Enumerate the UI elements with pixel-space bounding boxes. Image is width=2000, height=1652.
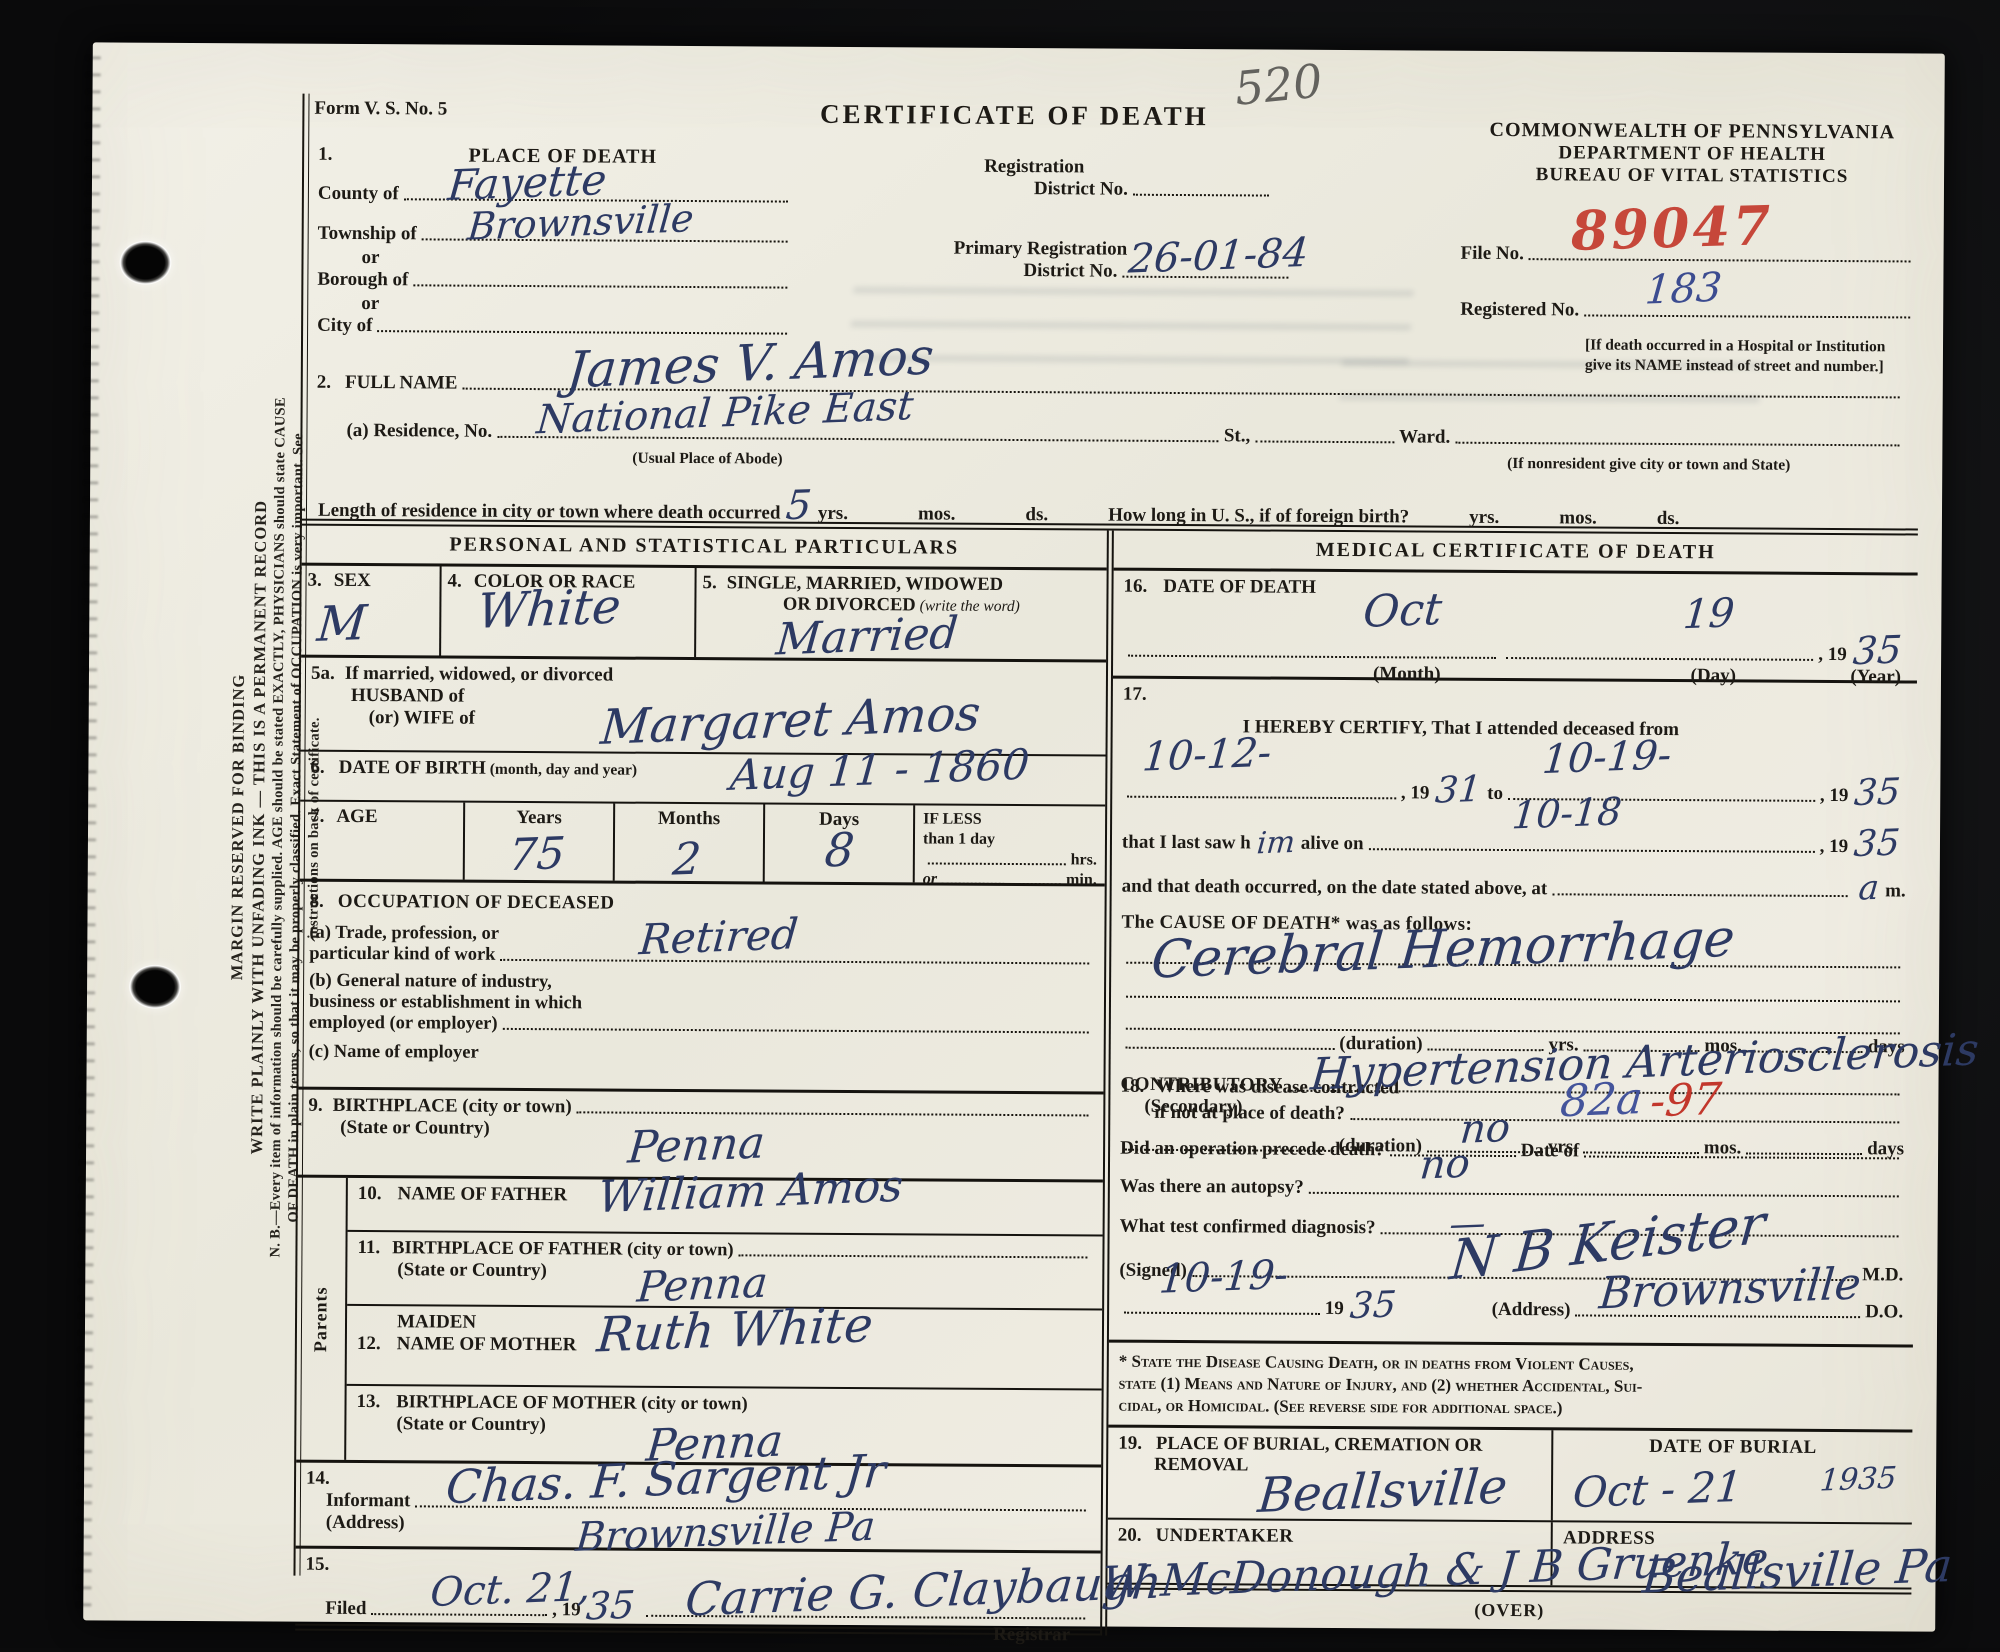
q18-number: 18.: [1120, 1076, 1144, 1098]
mbp-note: (State or Country): [396, 1413, 1091, 1439]
filed-year-prefix: , 19: [552, 1599, 581, 1621]
registered-no-value: 183: [1643, 265, 1723, 314]
filed-date-line: [371, 1613, 547, 1616]
occupation-b-label3: employed (or employer): [309, 1013, 498, 1035]
informant-label: Informant: [326, 1490, 411, 1513]
filed-label: Filed: [325, 1598, 366, 1620]
marital-number: 5.: [702, 572, 716, 593]
nonresident-note: (If nonresident give city or town and St…: [1507, 455, 1790, 475]
test-value: —: [1448, 1203, 1487, 1246]
undertaker-label: UNDERTAKER: [1155, 1525, 1293, 1547]
certificate-title: CERTIFICATE OF DEATH: [734, 98, 1294, 132]
hospital-note: [If death occurred in a Hospital or Inst…: [1585, 335, 1915, 377]
mbp-label: BIRTHPLACE OF MOTHER (city or town): [396, 1392, 747, 1414]
file-no-stamp: 89047: [1570, 193, 1775, 263]
informant-line: [415, 1505, 1086, 1511]
yrs-label: yrs.: [818, 503, 848, 525]
birthplace-line: [577, 1111, 1089, 1116]
fbp-label: BIRTHPLACE OF FATHER (city or town): [392, 1238, 734, 1261]
sex-value: M: [315, 595, 369, 653]
operation-line: [1390, 1154, 1516, 1157]
age-days-label: Days: [819, 809, 859, 830]
signed-address-label: (Address): [1492, 1299, 1571, 1321]
file-no-line: [1529, 258, 1911, 262]
signed-date-line: [1124, 1312, 1320, 1315]
or-label: or: [361, 247, 792, 272]
duration-lead-line: [1126, 1047, 1335, 1050]
duration-mos: mos.: [1704, 1035, 1742, 1057]
age-days-value: 8: [823, 822, 857, 877]
spouse-row: 5a. If married, widowed, or divorced HUS…: [301, 658, 1107, 757]
age-label: AGE: [336, 806, 377, 827]
item-number: 1.: [318, 144, 332, 167]
full-name-label: FULL NAME: [345, 372, 458, 395]
age-years-label: Years: [516, 807, 562, 828]
undertaker-cell: 20. UNDERTAKER W McDonough & J B Gruenke: [1107, 1520, 1553, 1586]
residence-row: (a) Residence, No. St., Ward. National P…: [346, 420, 1904, 452]
birthplace-note: (State or Country): [340, 1117, 1093, 1144]
parents-label-cell: Parents: [296, 1178, 346, 1460]
item-number: 2.: [317, 372, 331, 394]
county-line: [404, 198, 788, 202]
certificate-form: Form V. S. No. 5 CERTIFICATE OF DEATH 52…: [295, 56, 1920, 1626]
certify-section: 17. I HEREBY CERTIFY, That I attended de…: [1111, 679, 1917, 1076]
dob-note: (month, day and year): [490, 761, 637, 779]
occupation-number: 8.: [310, 891, 324, 912]
registration-label: Registration: [984, 156, 1274, 180]
cause-lines: Cerebral Hemorrhage: [1121, 934, 1906, 1035]
age-years-value: 75: [507, 828, 567, 881]
signed-19: 19: [1325, 1298, 1344, 1320]
length-of-residence-row: Length of residence in city or town wher…: [318, 480, 1906, 532]
do-label: D.O.: [1865, 1301, 1903, 1323]
burial-label1: PLACE OF BURIAL, CREMATION OR: [1156, 1434, 1482, 1456]
borough-label: Borough of: [317, 269, 408, 292]
mbp-number: 13.: [356, 1391, 380, 1412]
sex-color-marital-row: 3. SEX M 4. COLOR OR RACE White 5. SINGL…: [301, 566, 1107, 663]
undertaker-number: 20.: [1118, 1525, 1142, 1546]
date-of-birth-row: 6. DATE OF BIRTH (month, day and year) A…: [300, 752, 1105, 807]
birthplace-row: 9. BIRTHPLACE (city or town) (State or C…: [298, 1090, 1104, 1183]
date-of-label: Date of: [1521, 1140, 1580, 1162]
ward-label: Ward.: [1399, 426, 1450, 448]
burial-date-label: DATE OF BURIAL: [1564, 1436, 1903, 1460]
abode-note: (Usual Place of Abode): [632, 450, 782, 469]
primary-registration-section: Primary Registration District No. 26-01-…: [913, 237, 1293, 283]
how-long-label: How long in U. S., if of foreign birth?: [1108, 505, 1409, 529]
parents-rows: 10. NAME OF FATHER William Amos 11. BIRT…: [344, 1178, 1103, 1465]
residence-line: [497, 436, 1219, 442]
dod-year-prefix: , 19: [1818, 644, 1847, 666]
marital-label: SINGLE, MARRIED, WIDOWED: [727, 573, 1003, 595]
filed-number: 15.: [305, 1554, 1090, 1581]
city-label: City of: [317, 315, 373, 337]
burial-year-value: 1935: [1818, 1461, 1897, 1499]
age-months-value: 2: [671, 833, 703, 885]
spouse-label3: (or) WIFE of: [369, 707, 1096, 733]
agency-line: DEPARTMENT OF HEALTH: [1466, 142, 1918, 167]
township-label: Township of: [318, 223, 417, 246]
age-label-cell: 7. AGE: [300, 802, 465, 880]
or-label: or: [361, 293, 792, 318]
duration-line: [1584, 1049, 1700, 1052]
city-line: [377, 330, 787, 335]
punch-hole-bottom: [129, 965, 181, 1009]
hrs-label: hrs.: [1071, 850, 1097, 870]
age-number: 7.: [310, 806, 324, 827]
sex-cell: 3. SEX M: [301, 566, 442, 656]
yrs-label: yrs.: [1469, 507, 1499, 529]
m-label: m.: [1885, 880, 1906, 902]
left-column-heading: PERSONAL AND STATISTICAL PARTICULARS: [302, 526, 1107, 571]
registration-section: Registration District No.: [944, 156, 1274, 202]
primary-district-label: District No.: [1023, 260, 1117, 283]
test-label: What test confirmed diagnosis?: [1120, 1216, 1376, 1240]
dob-number: 6.: [310, 757, 324, 778]
fbp-line: [739, 1254, 1088, 1258]
mother-label2: NAME OF MOTHER: [397, 1333, 577, 1355]
fbp-number: 11.: [357, 1237, 380, 1259]
where-contracted-label1: Where was disease contracted: [1156, 1076, 1399, 1099]
death-occurred-line: [1552, 893, 1848, 897]
age-days-cell: Days 8: [765, 804, 915, 882]
punch-hole-top: [119, 241, 171, 285]
test-line: [1381, 1232, 1899, 1237]
mos-label: mos.: [918, 503, 956, 525]
footnote-line3: cidal, or Homicidal. (See reverse side f…: [1118, 1395, 1902, 1422]
age-ifless-cell: IF LESS than 1 day hrs. ormin.: [915, 805, 1105, 883]
occupation-a-label2: particular kind of work: [309, 944, 495, 966]
sex-number: 3.: [307, 570, 321, 591]
occupation-b-line: [503, 1028, 1089, 1034]
father-birthplace-row: 11. BIRTHPLACE OF FATHER (city or town) …: [347, 1230, 1102, 1309]
birthplace-number: 9.: [308, 1095, 322, 1117]
ds-label: ds.: [1657, 508, 1680, 530]
certify-from-year: 31: [1434, 769, 1483, 812]
cause-line2: [1126, 996, 1900, 1003]
registration-district-label: District No.: [1034, 178, 1128, 201]
death-occurred-value: a: [1857, 868, 1881, 909]
personal-particulars-column: PERSONAL AND STATISTICAL PARTICULARS 3. …: [295, 526, 1107, 1636]
marital-cell: 5. SINGLE, MARRIED, WIDOWED OR DIVORCED …: [696, 568, 1107, 660]
cause-line1: [1126, 962, 1900, 969]
over-label: (OVER): [1107, 1590, 1911, 1624]
registered-no-label: Registered No.: [1460, 299, 1579, 322]
last-saw-him: im: [1255, 825, 1296, 862]
signed-label: (Signed): [1119, 1260, 1187, 1282]
informant-address-label: (Address): [326, 1512, 1091, 1539]
birthplace-label: BIRTHPLACE (city or town): [333, 1095, 572, 1118]
place-of-death-section: 1. PLACE OF DEATH County of Fayette Town…: [317, 144, 793, 340]
ifless-line2: than 1 day: [923, 829, 1097, 850]
primary-registration-label: Primary Registration: [954, 238, 1294, 262]
occupation-label: OCCUPATION OF DECEASED: [338, 891, 615, 914]
certify-line1: I HEREBY CERTIFY, That I attended deceas…: [1243, 716, 1907, 742]
mother-birthplace-row: 13. BIRTHPLACE OF MOTHER (city or town) …: [346, 1384, 1101, 1465]
undertaker-row: 20. UNDERTAKER W McDonough & J B Gruenke…: [1107, 1520, 1911, 1595]
autopsy-label: Was there an autopsy?: [1120, 1176, 1304, 1199]
place-of-death-heading: PLACE OF DEATH: [468, 145, 657, 169]
marital-label2: OR DIVORCED: [783, 595, 916, 616]
certify-to-line: [1508, 798, 1815, 802]
where-contracted-line: [1350, 1118, 1899, 1123]
duration-days: days: [1868, 1036, 1905, 1058]
ifless-line1: IF LESS: [923, 809, 1097, 830]
form-header: Form V. S. No. 5 CERTIFICATE OF DEATH 52…: [302, 56, 1921, 536]
date-of-death-row: 16. DATE OF DEATH , 19 35 Oct 19 (Month)…: [1113, 571, 1918, 684]
certify-to-year: 35: [1853, 771, 1902, 814]
burial-number: 19.: [1118, 1433, 1142, 1454]
informant-row: 14. Informant Chas. F. Sargent Jr (Addre…: [296, 1463, 1102, 1554]
certify-19b: , 19: [1820, 785, 1849, 807]
duration-label: (duration): [1339, 1033, 1423, 1056]
dod-number: 16.: [1123, 576, 1147, 597]
length-label: Length of residence in city or town wher…: [318, 500, 781, 525]
dod-label: DATE OF DEATH: [1163, 576, 1316, 598]
age-years-cell: Years 75: [465, 803, 615, 881]
borough-line: [413, 284, 787, 288]
agency-block: COMMONWEALTH OF PENNSYLVANIA DEPARTMENT …: [1466, 119, 1918, 189]
cause-footnote: * State the Disease Causing Death, or in…: [1108, 1343, 1913, 1433]
registration-district-line: [1133, 194, 1269, 197]
parents-block: Parents 10. NAME OF FATHER William Amos …: [296, 1178, 1103, 1468]
burial-place-cell: 19. PLACE OF BURIAL, CREMATION OR REMOVA…: [1108, 1428, 1554, 1521]
certificate-paper: MARGIN RESERVED FOR BINDING WRITE PLAINL…: [83, 42, 1945, 1631]
autopsy-line: [1309, 1192, 1899, 1198]
mother-number: 12.: [357, 1333, 381, 1354]
dod-month-line: [1128, 655, 1496, 659]
father-label: NAME OF FATHER: [397, 1183, 567, 1205]
undertaker-address-cell: ADDRESS Beallsville Pa: [1553, 1523, 1912, 1588]
signed-address-line: [1575, 1314, 1860, 1318]
burial-row: 19. PLACE OF BURIAL, CREMATION OR REMOVA…: [1108, 1428, 1913, 1525]
age-months-label: Months: [658, 808, 720, 829]
registrar-line: [646, 1615, 1085, 1620]
operation-date-line: [1584, 1155, 1899, 1159]
fbp-note: (State or Country): [397, 1259, 1092, 1285]
age-row: 7. AGE Years 75 Months 2 Days 8: [300, 802, 1105, 887]
color-label: COLOR OR RACE: [474, 571, 636, 593]
dod-day-line: [1506, 657, 1813, 661]
full-name-line: [462, 388, 1899, 399]
occupation-a-line: [500, 959, 1089, 965]
burial-label2: REMOVAL: [1154, 1455, 1541, 1478]
ds-label: ds.: [1025, 504, 1048, 526]
last-saw-line: [1369, 848, 1815, 853]
father-name-row: 10. NAME OF FATHER William Amos: [348, 1178, 1103, 1235]
signed-year: 35: [1348, 1284, 1397, 1327]
color-race-cell: 4. COLOR OR RACE White: [441, 566, 697, 657]
mos-label: mos.: [1559, 507, 1597, 529]
medical-certificate-column: MEDICAL CERTIFICATE OF DEATH 16. DATE OF…: [1100, 531, 1918, 1641]
undertaker-address-label: ADDRESS: [1563, 1528, 1902, 1552]
disease-contracted-section: 18. Where was disease contracted if not …: [1109, 1071, 1915, 1348]
form-number: Form V. S. No. 5: [314, 98, 447, 121]
occupation-c-label: (c) Name of employer: [309, 1042, 1094, 1068]
right-column-heading: MEDICAL CERTIFICATE OF DEATH: [1114, 531, 1918, 576]
last-saw-label2: alive on: [1301, 833, 1364, 855]
certify-19c: , 19: [1820, 836, 1849, 858]
certify-to-label: to: [1487, 783, 1503, 805]
father-number: 10.: [358, 1183, 382, 1204]
duration-line: [1747, 1050, 1863, 1053]
where-contracted-label2: if not at place of death?: [1154, 1102, 1345, 1125]
file-section: File No. 89047 Registered No. 183 [If de…: [1460, 211, 1916, 378]
signed-line: [1192, 1275, 1857, 1281]
length-value: 5: [785, 482, 814, 529]
duration-yrs: yrs.: [1548, 1034, 1578, 1056]
street-line: [1255, 440, 1394, 443]
burial-date-value: Oct - 21: [1571, 1462, 1744, 1518]
sex-label: SEX: [334, 570, 371, 591]
duration-line: [1428, 1049, 1544, 1052]
filed-row: 15. Filed , 19 35 Oct. 21, Carrie G. Cla…: [295, 1549, 1100, 1636]
file-no-label: File No.: [1461, 243, 1524, 265]
certify-19a: , 19: [1401, 782, 1430, 804]
certify-from-line: [1127, 796, 1396, 800]
registered-no-line: [1584, 314, 1910, 318]
registrar-label: Registrar: [305, 1620, 1070, 1647]
ward-line: [1455, 442, 1899, 447]
dob-label: DATE OF BIRTH: [339, 757, 486, 779]
death-occurred-label: and that death occurred, on the date sta…: [1122, 876, 1548, 901]
last-saw-year: 35: [1852, 822, 1901, 865]
md-label: M.D.: [1862, 1264, 1903, 1286]
street-label: St.,: [1224, 425, 1251, 447]
burial-date-cell: DATE OF BURIAL Oct - 21 1935: [1553, 1431, 1912, 1523]
certify-number: 17.: [1123, 684, 1907, 711]
operation-label: Did an operation precede death?: [1120, 1138, 1385, 1162]
marital-note: (write the word): [920, 597, 1020, 615]
full-name-row: 2. FULL NAME James V. Amos: [317, 372, 1905, 404]
spouse-number: 5a.: [311, 663, 335, 684]
township-line: [422, 238, 788, 242]
color-number: 4.: [447, 571, 461, 592]
scan-background: MARGIN RESERVED FOR BINDING WRITE PLAINL…: [0, 0, 2000, 1648]
parents-label: Parents: [310, 1286, 331, 1352]
agency-line: COMMONWEALTH OF PENNSYLVANIA: [1466, 119, 1918, 145]
primary-district-line: [1122, 276, 1288, 279]
county-label: County of: [318, 183, 399, 205]
residence-label: (a) Residence, No.: [346, 420, 492, 443]
agency-line: BUREAU OF VITAL STATISTICS: [1466, 164, 1918, 189]
mother-name-row: MAIDEN 12. NAME OF MOTHER Ruth White: [347, 1304, 1102, 1389]
last-saw-label1: that I last saw h: [1122, 832, 1251, 855]
age-months-cell: Months 2: [615, 804, 765, 882]
occupation-row: 8. OCCUPATION OF DECEASED (a) Trade, pro…: [298, 882, 1104, 1095]
spouse-label1: If married, widowed, or divorced: [345, 663, 614, 686]
